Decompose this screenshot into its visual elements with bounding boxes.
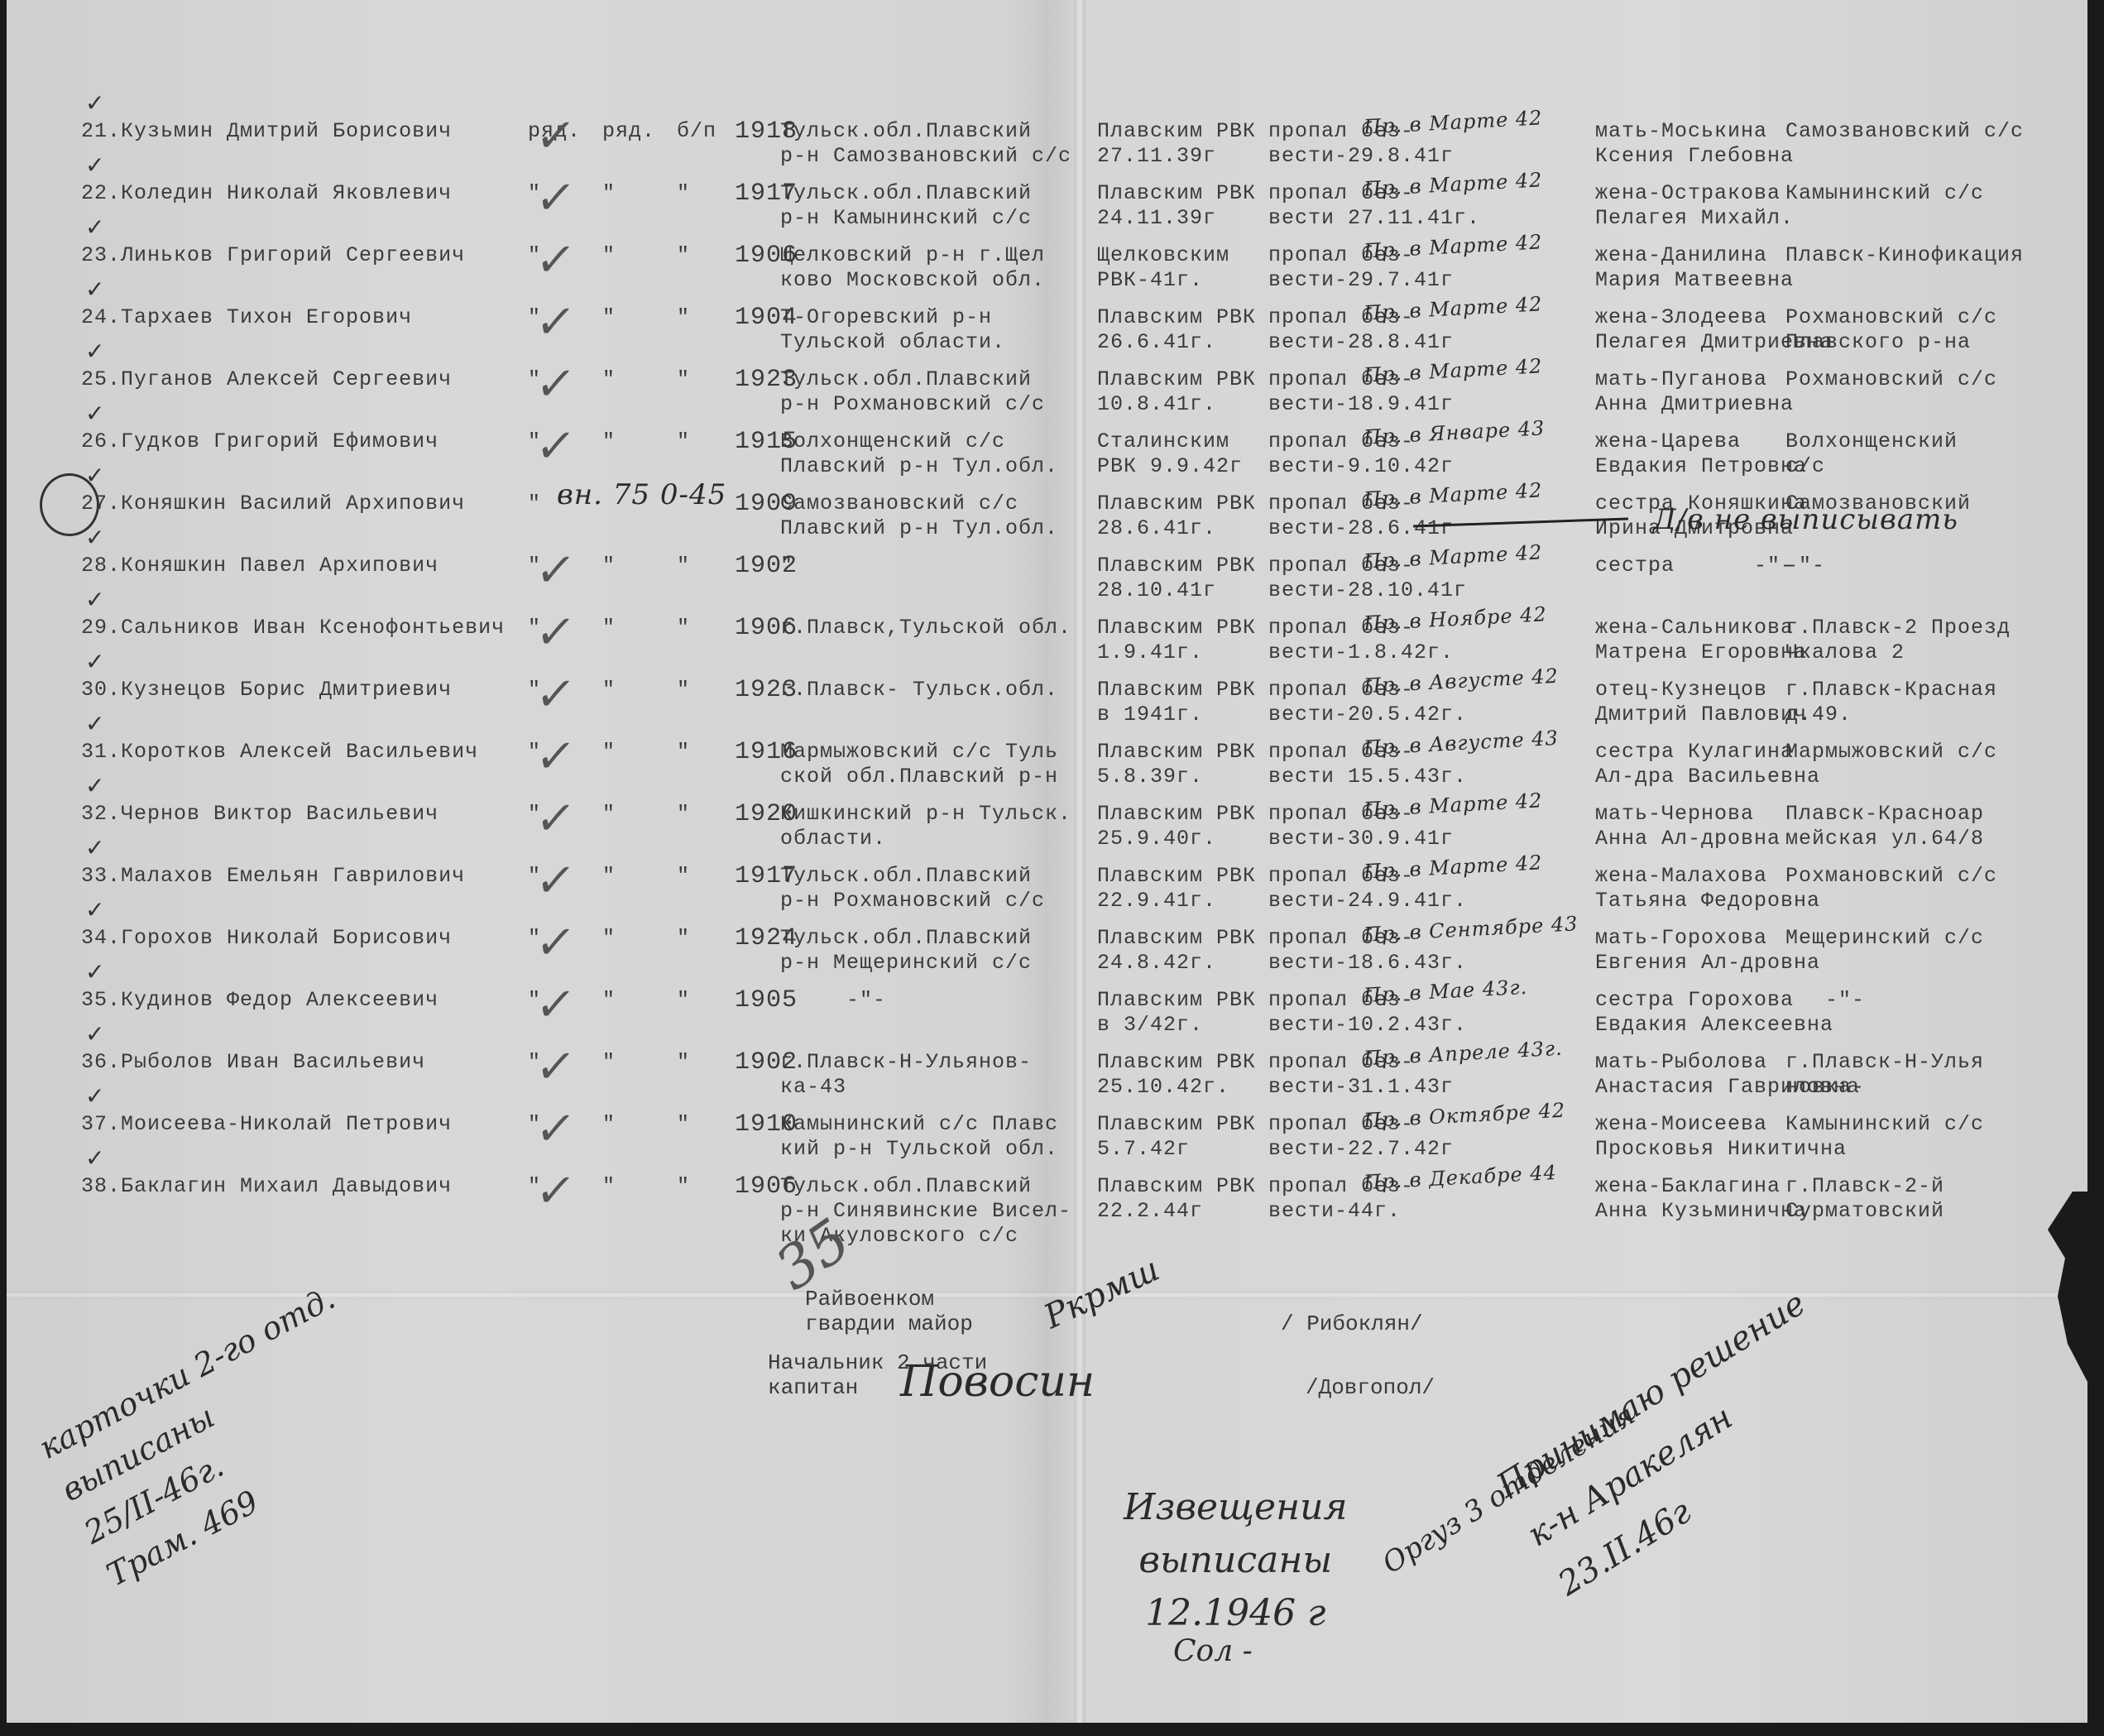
handwritten-date-note: Пр. в Марте 42	[1363, 354, 1543, 386]
row-number: 32.	[81, 802, 121, 826]
cell-birth: Камынинский с/с Плавс кий р-н Тульской о…	[780, 1112, 1058, 1162]
row-number: 33.	[81, 864, 121, 888]
cell-addr: Волхонщенский с/с	[1785, 429, 1958, 479]
cell-rvk: Плавским РВК 1.9.41г.	[1097, 616, 1256, 665]
table-row: ✓25.Пуганов Алексей Сергеевич"""1923Туль…	[7, 364, 2087, 414]
cell-party: "	[677, 181, 690, 206]
person-name: 23.Линьков Григорий Сергеевич	[81, 243, 465, 268]
voenkom-signature: Ркрмш	[1038, 1250, 1165, 1336]
margin-tick-icon: ✓	[85, 524, 105, 551]
cell-party: "	[677, 740, 690, 765]
cell-kin: мать-Моськина Ксения Глебовна	[1595, 119, 1794, 169]
person-name: 24.Тархаев Тихон Егорович	[81, 305, 412, 330]
center-initials: Сол -	[1173, 1634, 1253, 1668]
cell-rvk: Плавским РВК 25.10.42г.	[1097, 1050, 1256, 1100]
cell-party: "	[677, 616, 690, 640]
cell-birth: Тульск.обл.Плавский р-н Самозвановский с…	[780, 119, 1071, 169]
document-sheet: ✓21.Кузьмин Дмитрий Борисовичряд.ряд.б/п…	[7, 0, 2087, 1723]
cell-addr: г.Плавск-2 Проезд Чкалова 2	[1785, 616, 2011, 665]
check-mark-icon: ✓	[532, 1164, 579, 1218]
full-name: Кузнецов Борис Дмитриевич	[121, 678, 452, 702]
kin-overwrite-note: Д/в не выписывать	[1653, 503, 1958, 536]
cell-birth: Тульск.обл.Плавский р-н Рохмановский с/с	[780, 864, 1045, 914]
full-name: Коротков Алексей Васильевич	[121, 740, 478, 764]
person-name: 36.Рыболов Иван Васильевич	[81, 1050, 425, 1075]
row-number: 36.	[81, 1050, 121, 1074]
cell-addr: Самозвановский с/с	[1785, 119, 2024, 144]
table-row: ✓33.Малахов Емельян Гаврилович"""1917Тул…	[7, 861, 2087, 910]
cell-birth: Самозвановский с/с Плавский р-н Тул.обл.	[780, 492, 1058, 541]
table-row: ✓34.Горохов Николай Борисович"""1924Туль…	[7, 923, 2087, 972]
full-name: Коняшкин Павел Архипович	[121, 554, 439, 578]
handwritten-date-note: Пр. в Январе 43	[1363, 416, 1546, 448]
cell-rvk: Плавским РВК 28.6.41г.	[1097, 492, 1256, 541]
right-handwritten-note: Принимаю решение к-н Аракелян 23.II.46г	[1485, 1276, 1879, 1612]
cell-birth: -"-	[780, 988, 886, 1013]
check-mark-icon: ✓	[532, 357, 579, 411]
table-row: ✓24.Тархаев Тихон Егорович"""1904Т-Огоре…	[7, 302, 2087, 352]
center-handwritten-note: Извещения выписаны 12.1946 г	[1124, 1481, 1348, 1640]
row-number: 22.	[81, 181, 121, 205]
check-mark-icon: ✓	[532, 730, 579, 784]
cell-rank2: "	[602, 864, 616, 889]
cell-rvk: Плавским РВК в 3/42г.	[1097, 988, 1256, 1038]
full-name: Коледин Николай Яковлевич	[121, 181, 452, 205]
table-row: ✓27.Коняшкин Василий Архипович"1909Самоз…	[7, 488, 2087, 538]
cell-birth: Тульск.обл.Плавский р-н Рохмановский с/с	[780, 367, 1045, 417]
margin-tick-icon: ✓	[85, 1020, 105, 1048]
cell-rank2: "	[602, 429, 616, 454]
handwritten-date-note: Пр. в Декабре 44	[1363, 1161, 1557, 1194]
cell-kin: жена-Данилина Мария Матвеевна	[1595, 243, 1794, 293]
check-mark-icon: ✓	[532, 854, 579, 908]
cell-addr: Плавск-Красноар мейская ул.64/8	[1785, 802, 1984, 851]
table-row: ✓36.Рыболов Иван Васильевич"""1902г.Плав…	[7, 1047, 2087, 1096]
cell-party: "	[677, 678, 690, 703]
cell-rank2: "	[602, 367, 616, 392]
cell-rank2: ряд.	[602, 119, 655, 144]
margin-tick-icon: ✓	[85, 772, 105, 799]
check-mark-icon: ✓	[532, 544, 579, 597]
handwritten-date-note: Пр. в Марте 42	[1363, 292, 1543, 324]
cell-addr: Мармыжовский с/с	[1785, 740, 1997, 765]
cell-rank2: "	[602, 1174, 616, 1199]
chief-name: /Довгопол/	[1306, 1375, 1435, 1400]
table-row: ✓32.Чернов Виктор Васильевич"""1920Кишки…	[7, 798, 2087, 848]
cell-birth: Т-Огоревский р-н Тульской области.	[780, 305, 1005, 355]
cell-rank2: "	[602, 1112, 616, 1137]
cell-kin: жена-Сальникова Матрена Егоровна	[1595, 616, 1807, 665]
cell-addr: Плавск-Кинофикация	[1785, 243, 2024, 268]
cell-rvk: Плавским РВК в 1941г.	[1097, 678, 1256, 727]
cell-rank2: "	[602, 1050, 616, 1075]
cell-rank2: "	[602, 305, 616, 330]
person-name: 25.Пуганов Алексей Сергеевич	[81, 367, 452, 392]
cell-rank2: "	[602, 926, 616, 951]
cell-party: "	[677, 1112, 690, 1137]
person-name: 30.Кузнецов Борис Дмитриевич	[81, 678, 452, 703]
handwritten-date-note: Пр. в Апреле 43г.	[1363, 1037, 1563, 1071]
table-row: ✓35.Кудинов Федор Алексеевич"""1905 -"-П…	[7, 985, 2087, 1034]
row-number: 29.	[81, 616, 121, 640]
cell-party: "	[677, 305, 690, 330]
check-mark-icon: ✓	[532, 916, 579, 970]
table-row: ✓22.Коледин Николай Яковлевич"""1917Туль…	[7, 178, 2087, 228]
table-row: ✓21.Кузьмин Дмитрий Борисовичряд.ряд.б/п…	[7, 116, 2087, 165]
person-name: 26.Гудков Григорий Ефимович	[81, 429, 439, 454]
full-name: Гудков Григорий Ефимович	[121, 429, 439, 453]
row-number: 30.	[81, 678, 121, 702]
cell-rvk: Плавским РВК 10.8.41г.	[1097, 367, 1256, 417]
row-number: 35.	[81, 988, 121, 1012]
table-row: ✓23.Линьков Григорий Сергеевич"""1906Щел…	[7, 240, 2087, 290]
cell-rank2: "	[602, 802, 616, 827]
cell-rank2: "	[602, 616, 616, 640]
cell-addr: Рохмановский с/с	[1785, 367, 1997, 392]
margin-tick-icon: ✓	[85, 276, 105, 303]
row-number: 34.	[81, 926, 121, 950]
row-number: 26.	[81, 429, 121, 453]
row-number: 37.	[81, 1112, 121, 1136]
cell-addr: г.Плавск-Н-Улья новка-	[1785, 1050, 1984, 1100]
margin-note: вн. 75 0-45	[557, 478, 726, 511]
cell-addr: Рохмановский с/с	[1785, 864, 1997, 889]
cell-kin: жена-Остракова Пелагея Михайл.	[1595, 181, 1794, 231]
full-name: Кудинов Федор Алексеевич	[121, 988, 439, 1012]
cell-rank2: "	[602, 988, 616, 1013]
cell-rvk: Плавским РВК 5.7.42г	[1097, 1112, 1256, 1162]
cell-rvk: Плавским РВК 24.11.39г	[1097, 181, 1256, 231]
full-name: Линьков Григорий Сергеевич	[121, 243, 465, 267]
cell-kin: жена-Царева Евдакия Петровна	[1595, 429, 1807, 479]
cell-party: "	[677, 554, 690, 578]
person-name: 35.Кудинов Федор Алексеевич	[81, 988, 439, 1013]
handwritten-date-note: Пр. в Марте 42	[1363, 478, 1543, 511]
person-name: 28.Коняшкин Павел Архипович	[81, 554, 439, 578]
check-mark-icon: ✓	[532, 1102, 579, 1156]
cell-rank2: "	[602, 243, 616, 268]
cell-rank2: "	[602, 678, 616, 703]
person-name: 22.Коледин Николай Яковлевич	[81, 181, 452, 206]
person-name: 31.Коротков Алексей Васильевич	[81, 740, 478, 765]
cell-rvk: Плавским РВК 24.8.42г.	[1097, 926, 1256, 976]
handwritten-date-note: Пр. в Ноябре 42	[1363, 602, 1547, 635]
cell-addr: г.Плавск-Красная д.49.	[1785, 678, 1997, 727]
cell-kin: жена-Баклагина Анна Кузьминична	[1595, 1174, 1807, 1224]
cell-birth: Тульск.обл.Плавский р-н Камынинский с/с	[780, 181, 1032, 231]
cell-party: "	[677, 1174, 690, 1199]
cell-party: "	[677, 864, 690, 889]
row-number: 25.	[81, 367, 121, 391]
full-name: Горохов Николай Борисович	[121, 926, 452, 950]
cell-party: "	[677, 243, 690, 268]
full-name: Рыболов Иван Васильевич	[121, 1050, 425, 1074]
cell-rank2: "	[602, 181, 616, 206]
cell-birth: г.Плавск-Н-Ульянов- ка-43	[780, 1050, 1032, 1100]
handwritten-date-note: Пр. в Марте 42	[1363, 106, 1543, 138]
person-name: 21.Кузьмин Дмитрий Борисович	[81, 119, 452, 144]
row-number: 24.	[81, 305, 121, 329]
left-handwritten-note: карточки 2-го отд. выписаны 25/II-46г. Т…	[31, 1274, 411, 1599]
cell-birth: Щелковский р-н г.Щел ково Московской обл…	[780, 243, 1045, 293]
cell-rank: "	[528, 492, 541, 516]
cell-rvk: Щелковским РВК-41г.	[1097, 243, 1229, 293]
table-row: ✓26.Гудков Григорий Ефимович"""1915Волхо…	[7, 426, 2087, 476]
cell-rvk: Плавским РВК 25.9.40г.	[1097, 802, 1256, 851]
cell-addr: Камынинский с/с	[1785, 1112, 1984, 1137]
cell-rvk: Плавским РВК 5.8.39г.	[1097, 740, 1256, 789]
check-mark-icon: ✓	[532, 978, 579, 1032]
cell-rank2: "	[602, 554, 616, 578]
check-mark-icon: ✓	[532, 171, 579, 225]
cell-birth: Мармыжовский с/с Туль ской обл.Плавский …	[780, 740, 1058, 789]
full-name: Малахов Емельян Гаврилович	[121, 864, 465, 888]
check-mark-icon: ✓	[532, 1040, 579, 1094]
check-mark-icon: ✓	[532, 109, 579, 163]
cell-birth: Тульск.обл.Плавский р-н Мещеринский с/с	[780, 926, 1032, 976]
full-name: Моисеева-Николай Петрович	[121, 1112, 452, 1136]
cell-kin: мать-Чернова Анна Ал-дровна	[1595, 802, 1780, 851]
person-name: 34.Горохов Николай Борисович	[81, 926, 452, 951]
full-name: Пуганов Алексей Сергеевич	[121, 367, 452, 391]
cell-party: "	[677, 429, 690, 454]
table-row: ✓28.Коняшкин Павел Архипович"""1902"Плав…	[7, 550, 2087, 600]
check-mark-icon: ✓	[532, 792, 579, 846]
check-mark-icon: ✓	[532, 233, 579, 287]
margin-tick-icon: ✓	[85, 1082, 105, 1110]
handwritten-date-note: Пр. в Марте 42	[1363, 168, 1543, 200]
table-row: ✓37.Моисеева-Николай Петрович"""1910Камы…	[7, 1109, 2087, 1158]
chief-signature: Повосин	[900, 1357, 1095, 1407]
handwritten-date-note: Пр. в Сентябре 43	[1363, 912, 1579, 947]
table-row: ✓29.Сальников Иван Ксенофонтьевич"""1906…	[7, 612, 2087, 662]
cell-rank2: "	[602, 740, 616, 765]
cell-addr: Камынинский с/с	[1785, 181, 1984, 206]
margin-tick-icon: ✓	[85, 338, 105, 365]
table-row: ✓30.Кузнецов Борис Дмитриевич"""1923г.Пл…	[7, 674, 2087, 724]
margin-tick-icon: ✓	[85, 400, 105, 427]
margin-tick-icon: ✓	[85, 834, 105, 861]
margin-tick-icon: ✓	[85, 586, 105, 613]
cell-birth: г.Плавск,Тульской обл.	[780, 616, 1071, 640]
cell-kin: отец-Кузнецов Дмитрий Павлович	[1595, 678, 1807, 727]
row-number: 23.	[81, 243, 121, 267]
full-name: Баклагин Михаил Давыдович	[121, 1174, 452, 1198]
handwritten-date-note: Пр. в Мае 43г.	[1363, 976, 1527, 1007]
cell-rvk: Сталинским РВК 9.9.42г	[1097, 429, 1243, 479]
full-name: Кузьмин Дмитрий Борисович	[121, 119, 452, 143]
cell-addr: -"-	[1785, 988, 1865, 1013]
person-name: 27.Коняшкин Василий Архипович	[81, 492, 465, 516]
margin-tick-icon: ✓	[85, 896, 105, 923]
full-name: Чернов Виктор Васильевич	[121, 802, 439, 826]
cell-rvk: Плавским РВК 22.2.44г	[1097, 1174, 1256, 1224]
handwritten-date-note: Пр. в Марте 42	[1363, 230, 1543, 262]
row-number: 31.	[81, 740, 121, 764]
cell-birth: Кишкинский р-н Тульск. области.	[780, 802, 1071, 851]
row-number: 27.	[81, 492, 121, 516]
cell-addr: г.Плавск-2-й Сурматовский	[1785, 1174, 1944, 1224]
person-name: 37.Моисеева-Николай Петрович	[81, 1112, 452, 1137]
margin-tick-icon: ✓	[85, 958, 105, 985]
cell-rvk: Плавским РВК 28.10.41г	[1097, 554, 1256, 603]
table-row: ✓38.Баклагин Михаил Давыдович"""1906Туль…	[7, 1171, 2087, 1220]
row-number: 28.	[81, 554, 121, 578]
cell-party: "	[677, 367, 690, 392]
person-name: 38.Баклагин Михаил Давыдович	[81, 1174, 452, 1199]
cell-kin: мать-Пуганова Анна Дмитриевна	[1595, 367, 1794, 417]
cell-birth: г.Плавск- Тульск.обл.	[780, 678, 1058, 703]
handwritten-date-note: Пр. в Марте 42	[1363, 789, 1543, 821]
row-number: 21.	[81, 119, 121, 143]
cell-rvk: Плавским РВК 22.9.41г.	[1097, 864, 1256, 914]
cell-kin: сестра -"-	[1595, 554, 1794, 578]
cell-addr: Рохмановский с/с Плавского р-на	[1785, 305, 1997, 355]
cell-party: "	[677, 926, 690, 951]
cell-birth: Волхонщенский с/с Плавский р-н Тул.обл.	[780, 429, 1058, 479]
full-name: Коняшкин Василий Архипович	[121, 492, 465, 516]
cell-party: б/п	[677, 119, 717, 144]
person-name: 32.Чернов Виктор Васильевич	[81, 802, 439, 827]
person-name: 33.Малахов Емельян Гаврилович	[81, 864, 465, 889]
handwritten-date-note: Пр. в Октябре 42	[1363, 1099, 1565, 1133]
voenkom-name: / Рибоклян/	[1281, 1312, 1423, 1336]
cell-birth: "	[780, 554, 793, 578]
margin-tick-icon: ✓	[85, 648, 105, 675]
cell-addr: Мещеринский с/с	[1785, 926, 1984, 951]
person-name: 29.Сальников Иван Ксенофонтьевич	[81, 616, 505, 640]
check-mark-icon: ✓	[532, 606, 579, 659]
voenkom-title: Райвоенком гвардии майор	[805, 1287, 973, 1336]
cell-party: "	[677, 1050, 690, 1075]
row-number: 38.	[81, 1174, 121, 1198]
margin-tick-icon: ✓	[85, 213, 105, 241]
margin-tick-icon: ✓	[85, 89, 105, 117]
handwritten-date-note: Пр. в Марте 42	[1363, 851, 1543, 883]
check-mark-icon: ✓	[532, 295, 579, 349]
cell-party: "	[677, 988, 690, 1013]
check-mark-icon: ✓	[532, 420, 579, 473]
margin-tick-icon: ✓	[85, 1144, 105, 1172]
table-row: ✓31.Коротков Алексей Васильевич"""1916Ма…	[7, 736, 2087, 786]
full-name: Тархаев Тихон Егорович	[121, 305, 412, 329]
margin-tick-icon: ✓	[85, 151, 105, 179]
cell-rvk: Плавским РВК 26.6.41г.	[1097, 305, 1256, 355]
cell-party: "	[677, 802, 690, 827]
cell-addr: -"-	[1785, 554, 1825, 578]
margin-tick-icon: ✓	[85, 710, 105, 737]
handwritten-date-note: Пр. в Марте 42	[1363, 540, 1543, 573]
check-mark-icon: ✓	[532, 668, 579, 722]
cell-rvk: Плавским РВК 27.11.39г	[1097, 119, 1256, 169]
full-name: Сальников Иван Ксенофонтьевич	[121, 616, 505, 640]
